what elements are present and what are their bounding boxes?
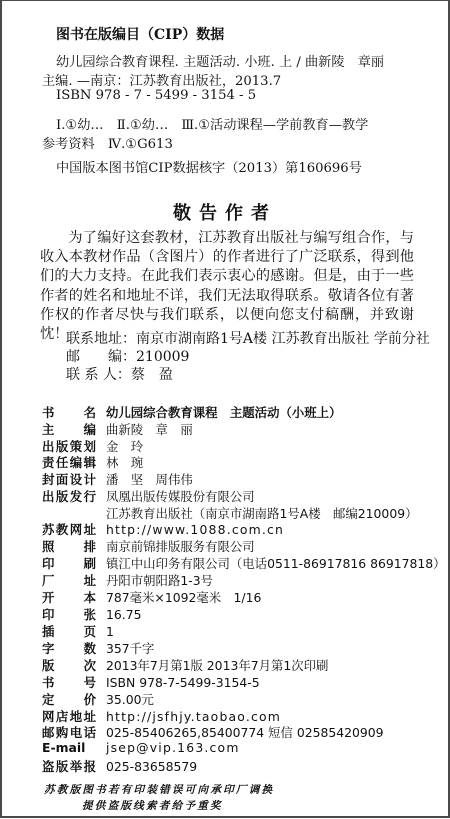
cip-line-publisher: 主编. —南京：江苏教育出版社，2013.7 [42,70,281,89]
cip-line-classification: Ⅰ.①幼… Ⅱ.①幼… Ⅲ.①活动课程—学前教育—教学 [56,114,368,133]
colophon-label: 印刷 [42,554,96,572]
colophon-label: E-mail [42,740,96,755]
colophon-label: 封面设计 [42,470,96,488]
contact-postcode-label: 邮 编： [66,346,136,366]
colophon-label: 插页 [42,622,96,640]
colophon-label: 书名 [42,403,96,421]
colophon-row-price: 定价35.00元 [42,690,154,708]
colophon-value: 幼儿园综合教育课程 主题活动（小班上） [106,403,341,421]
colophon-row-website: 苏教网址http://www.1088.com.cn [42,520,284,538]
colophon-row-email: E-mailjsep@vip.163.com [42,740,240,755]
contact-address-value: 南京市湖南路1号A楼 江苏教育出版社 学前分社 [136,328,430,348]
colophon-value: 35.00元 [106,690,154,708]
colophon-value: 曲新陵 章 丽 [106,420,193,438]
colophon-value: 丹阳市朝阳路1-3号 [106,571,213,589]
footer-exchange-notice: 苏教版图书若有印装错误可向承印厂调换 [44,782,274,797]
contact-address-row: 联系地址：南京市湖南路1号A楼 江苏教育出版社 学前分社 [66,328,430,348]
colophon-row-printing: 印刷镇江中山印务有限公司（电话0511-86917816 86917818） [42,554,446,572]
cip-line-record-number: 中国版本图书馆CIP数据核字（2013）第160696号 [56,157,362,176]
colophon-label: 邮购电话 [42,723,96,741]
notice-paragraph: 为了编好这套教材，江苏教育出版社与编写组合作，与收入本教材作品（含图片）的作者进… [40,229,414,344]
email-link[interactable]: jsep@vip.163.com [106,740,240,755]
colophon-value: 凤凰出版传媒股份有限公司 [106,487,255,505]
colophon-row-editor: 主编曲新陵 章 丽 [42,420,193,438]
colophon-label: 定价 [42,690,96,708]
cip-line-isbn: ISBN 978 - 7 - 5499 - 3154 - 5 [56,88,256,103]
colophon-row-cover-design: 封面设计潘 坚 周伟伟 [42,470,193,488]
contact-postcode-row: 邮 编：210009 [66,346,189,366]
colophon-label: 主编 [42,420,96,438]
online-store-link[interactable]: http://jsfhjy.taobao.com [106,709,281,724]
colophon-row-factory-address: 厂址丹阳市朝阳路1-3号 [42,571,213,589]
colophon-label: 苏教网址 [42,520,96,538]
colophon-row-word-count: 字数357千字 [42,639,154,657]
colophon-value: 镇江中山印务有限公司（电话0511-86917816 86917818） [106,554,446,572]
colophon-row-typesetting: 照排南京前锦排版服务有限公司 [42,537,255,555]
colophon-label: 印张 [42,605,96,623]
colophon-value: 025-83658579 [106,759,197,774]
colophon-row-format: 开本787毫米×1092毫米 1/16 [42,588,261,606]
colophon-row-mail-order-phone: 邮购电话025-85406265,85400774 短信 02585420909 [42,723,384,741]
colophon-value: 潘 坚 周伟伟 [106,470,193,488]
cip-heading: 图书在版编目（CIP）数据 [56,24,224,44]
colophon-row-sheets: 印张16.75 [42,605,141,623]
colophon-value: 16.75 [106,607,141,622]
footer-piracy-reward-notice: 提供盗版线索者给予重奖 [82,798,223,813]
colophon-label: 出版发行 [42,487,96,505]
cip-line-title: 幼儿园综合教育课程. 主题活动. 小班. 上 / 曲新陵 章丽 [56,51,384,70]
colophon-row-inserts: 插页1 [42,622,114,640]
colophon-label: 书号 [42,673,96,691]
colophon-label: 责任编辑 [42,453,96,471]
contact-address-label: 联系地址： [66,328,136,348]
colophon-label: 盗版举报 [42,757,96,775]
colophon-row-piracy-report: 盗版举报025-83658579 [42,757,197,775]
contact-person-label: 联 系 人： [66,364,131,384]
contact-person-value: 蔡 盈 [131,364,173,384]
cip-line-reference: 参考资料 Ⅳ.①G613 [42,133,173,152]
colophon-value: 2013年7月第1版 2013年7月第1次印刷 [106,656,328,674]
colophon-value: ISBN 978-7-5499-3154-5 [106,675,260,690]
colophon-label: 开本 [42,588,96,606]
colophon-row-edition: 版次2013年7月第1版 2013年7月第1次印刷 [42,656,328,674]
notice-title: 敬告作者 [2,199,448,225]
colophon-value: 357千字 [106,639,154,657]
colophon-label: 照排 [42,537,96,555]
colophon-value: 南京前锦排版服务有限公司 [106,537,255,555]
colophon-value: 1 [106,624,114,639]
colophon-row-publisher: 出版发行凤凰出版传媒股份有限公司 [42,487,255,505]
colophon-label: 版次 [42,656,96,674]
website-link[interactable]: http://www.1088.com.cn [106,522,284,537]
colophon-label: 厂址 [42,571,96,589]
colophon-label: 字数 [42,639,96,657]
colophon-row-isbn: 书号ISBN 978-7-5499-3154-5 [42,673,260,691]
copyright-page: 图书在版编目（CIP）数据 幼儿园综合教育课程. 主题活动. 小班. 上 / 曲… [0,0,450,818]
colophon-row-responsible-editor: 责任编辑林 琬 [42,453,143,471]
colophon-row-title: 书名幼儿园综合教育课程 主题活动（小班上） [42,403,341,421]
contact-person-row: 联 系 人：蔡 盈 [66,364,173,384]
colophon-value: 025-85406265,85400774 短信 02585420909 [106,723,384,741]
contact-postcode-value: 210009 [136,349,189,365]
colophon-value: 林 琬 [106,453,143,471]
colophon-value: 787毫米×1092毫米 1/16 [106,588,261,606]
